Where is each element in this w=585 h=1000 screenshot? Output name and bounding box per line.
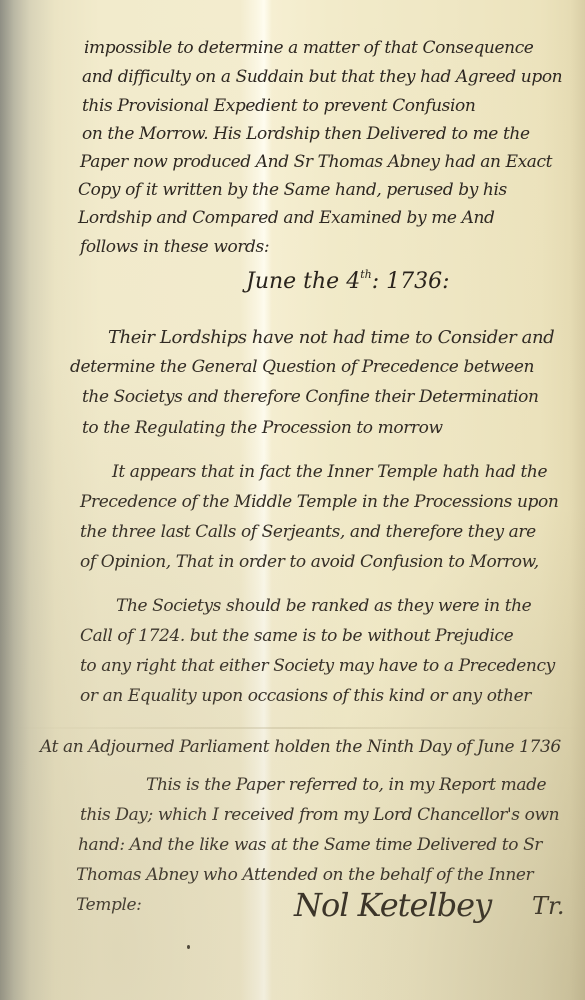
manuscript-page: impossible to determine a matter of that… [0,0,585,1000]
text-line: this Provisional Expedient to prevent Co… [82,96,475,116]
signature-suffix: Tr. [532,892,564,920]
date-heading: June the 4th: 1736: [246,268,450,294]
paper-fold [0,727,585,729]
text-line: of Opinion, That in order to avoid Confu… [80,552,539,572]
text-line: Call of 1724. but the same is to be with… [80,626,513,646]
text-line: this Day; which I received from my Lord … [80,805,559,825]
text-line: It appears that in fact the Inner Temple… [112,462,547,482]
text-line: on the Morrow. His Lordship then Deliver… [82,124,530,144]
ink-speck [187,945,190,949]
text-line: Lordship and Compared and Examined by me… [78,208,495,228]
text-line: follows in these words: [80,237,269,257]
text-line: The Societys should be ranked as they we… [116,596,531,616]
text-line: to the Regulating the Procession to morr… [82,418,443,438]
text-line: Temple: [76,895,142,915]
date-superscript: th [360,268,372,281]
text-line: the three last Calls of Serjeants, and t… [80,522,536,542]
date-prefix: June the 4 [246,269,360,294]
text-line: Copy of it written by the Same hand, per… [78,180,507,200]
date-suffix: : 1736: [372,269,450,294]
text-line: or an Equality upon occasions of this ki… [80,686,531,706]
text-line: impossible to determine a matter of that… [84,38,533,58]
signature: Nol Ketelbey [294,886,491,924]
text-line: Their Lordships have not had time to Con… [108,327,554,348]
text-line: hand: And the like was at the Same time … [78,835,542,855]
text-line: This is the Paper referred to, in my Rep… [146,775,546,795]
text-line: determine the General Question of Preced… [70,357,534,377]
text-line: Paper now produced And Sr Thomas Abney h… [80,152,552,172]
text-line: Thomas Abney who Attended on the behalf … [76,865,533,885]
adjournment-line: At an Adjourned Parliament holden the Ni… [40,737,561,757]
text-line: to any right that either Society may hav… [80,656,555,676]
text-line: the Societys and therefore Confine their… [82,387,539,407]
text-line: Precedence of the Middle Temple in the P… [80,492,558,512]
text-line: and difficulty on a Suddain but that the… [82,67,562,87]
